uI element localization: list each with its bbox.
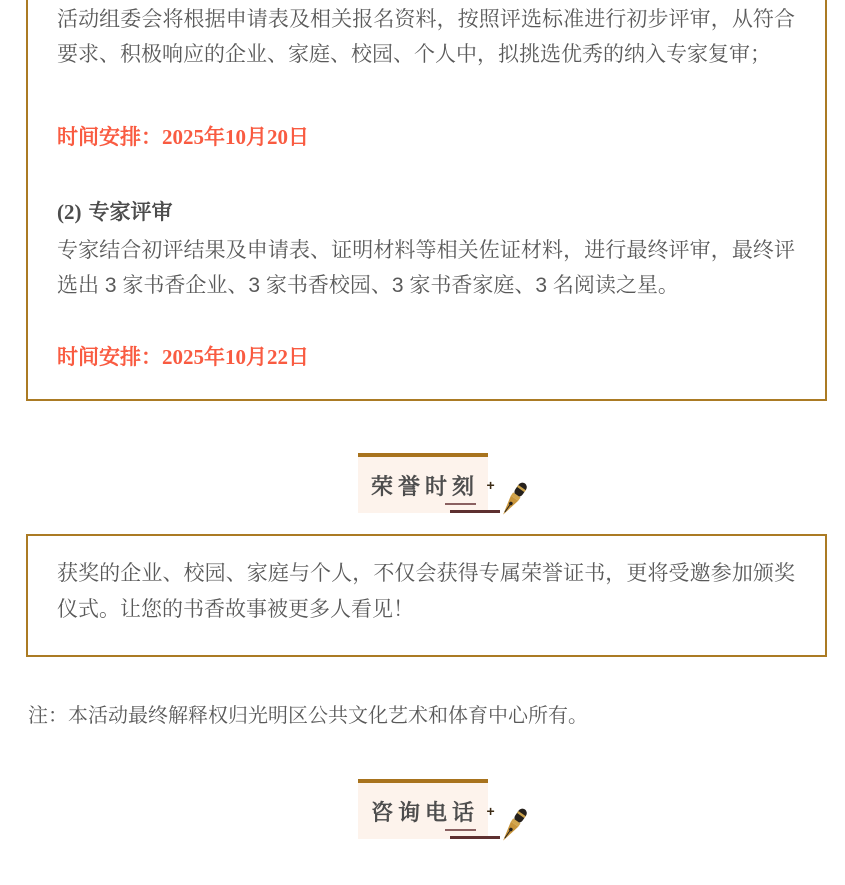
schedule-2-label: 时间安排： <box>57 346 162 369</box>
schedule-line-2: 时间安排：2025年10月22日 <box>57 340 795 375</box>
decor-underline-dark <box>450 510 500 513</box>
plus-decor: + <box>487 803 495 819</box>
disclaimer-note: 注：本活动最终解释权归光明区公共文化艺术和体育中心所有。 <box>28 701 815 731</box>
plus-decor: + <box>487 477 495 493</box>
subheading-number: (2) <box>57 200 82 224</box>
decor-underline-light <box>445 503 476 505</box>
schedule-1-date: 2025年10月20日 <box>162 125 309 149</box>
schedule-1-label: 时间安排： <box>57 126 162 149</box>
review-process-box: 活动组委会将根据申请表及相关报名资料，按照评选标准进行初步评审，从符合要求、积极… <box>26 0 827 401</box>
expert-review-subheading: (2)专家评审 <box>57 195 795 230</box>
review-paragraph-initial: 活动组委会将根据申请表及相关报名资料，按照评选标准进行初步评审，从符合要求、积极… <box>57 2 795 72</box>
schedule-2-date: 2025年10月22日 <box>162 345 309 369</box>
schedule-line-1: 时间安排：2025年10月20日 <box>57 120 795 155</box>
contact-section-title: 咨询电话 <box>366 796 479 827</box>
fountain-pen-icon <box>499 803 529 847</box>
contact-section-header: 咨询电话 + <box>358 779 488 839</box>
honor-section-title: 荣誉时刻 <box>366 470 479 501</box>
honor-section-header: 荣誉时刻 + <box>358 453 488 513</box>
award-info-box: 获奖的企业、校园、家庭与个人，不仅会获得专属荣誉证书，更将受邀参加颁奖仪式。让您… <box>26 534 827 657</box>
award-paragraph: 获奖的企业、校园、家庭与个人，不仅会获得专属荣誉证书，更将受邀参加颁奖仪式。让您… <box>57 556 795 628</box>
decor-underline-dark <box>450 836 500 839</box>
subheading-title: 专家评审 <box>89 201 173 224</box>
review-paragraph-expert: 专家结合初评结果及申请表、证明材料等相关佐证材料，进行最终评审，最终评选出 3 … <box>57 233 795 303</box>
decor-underline-light <box>445 829 476 831</box>
fountain-pen-icon <box>499 477 529 521</box>
